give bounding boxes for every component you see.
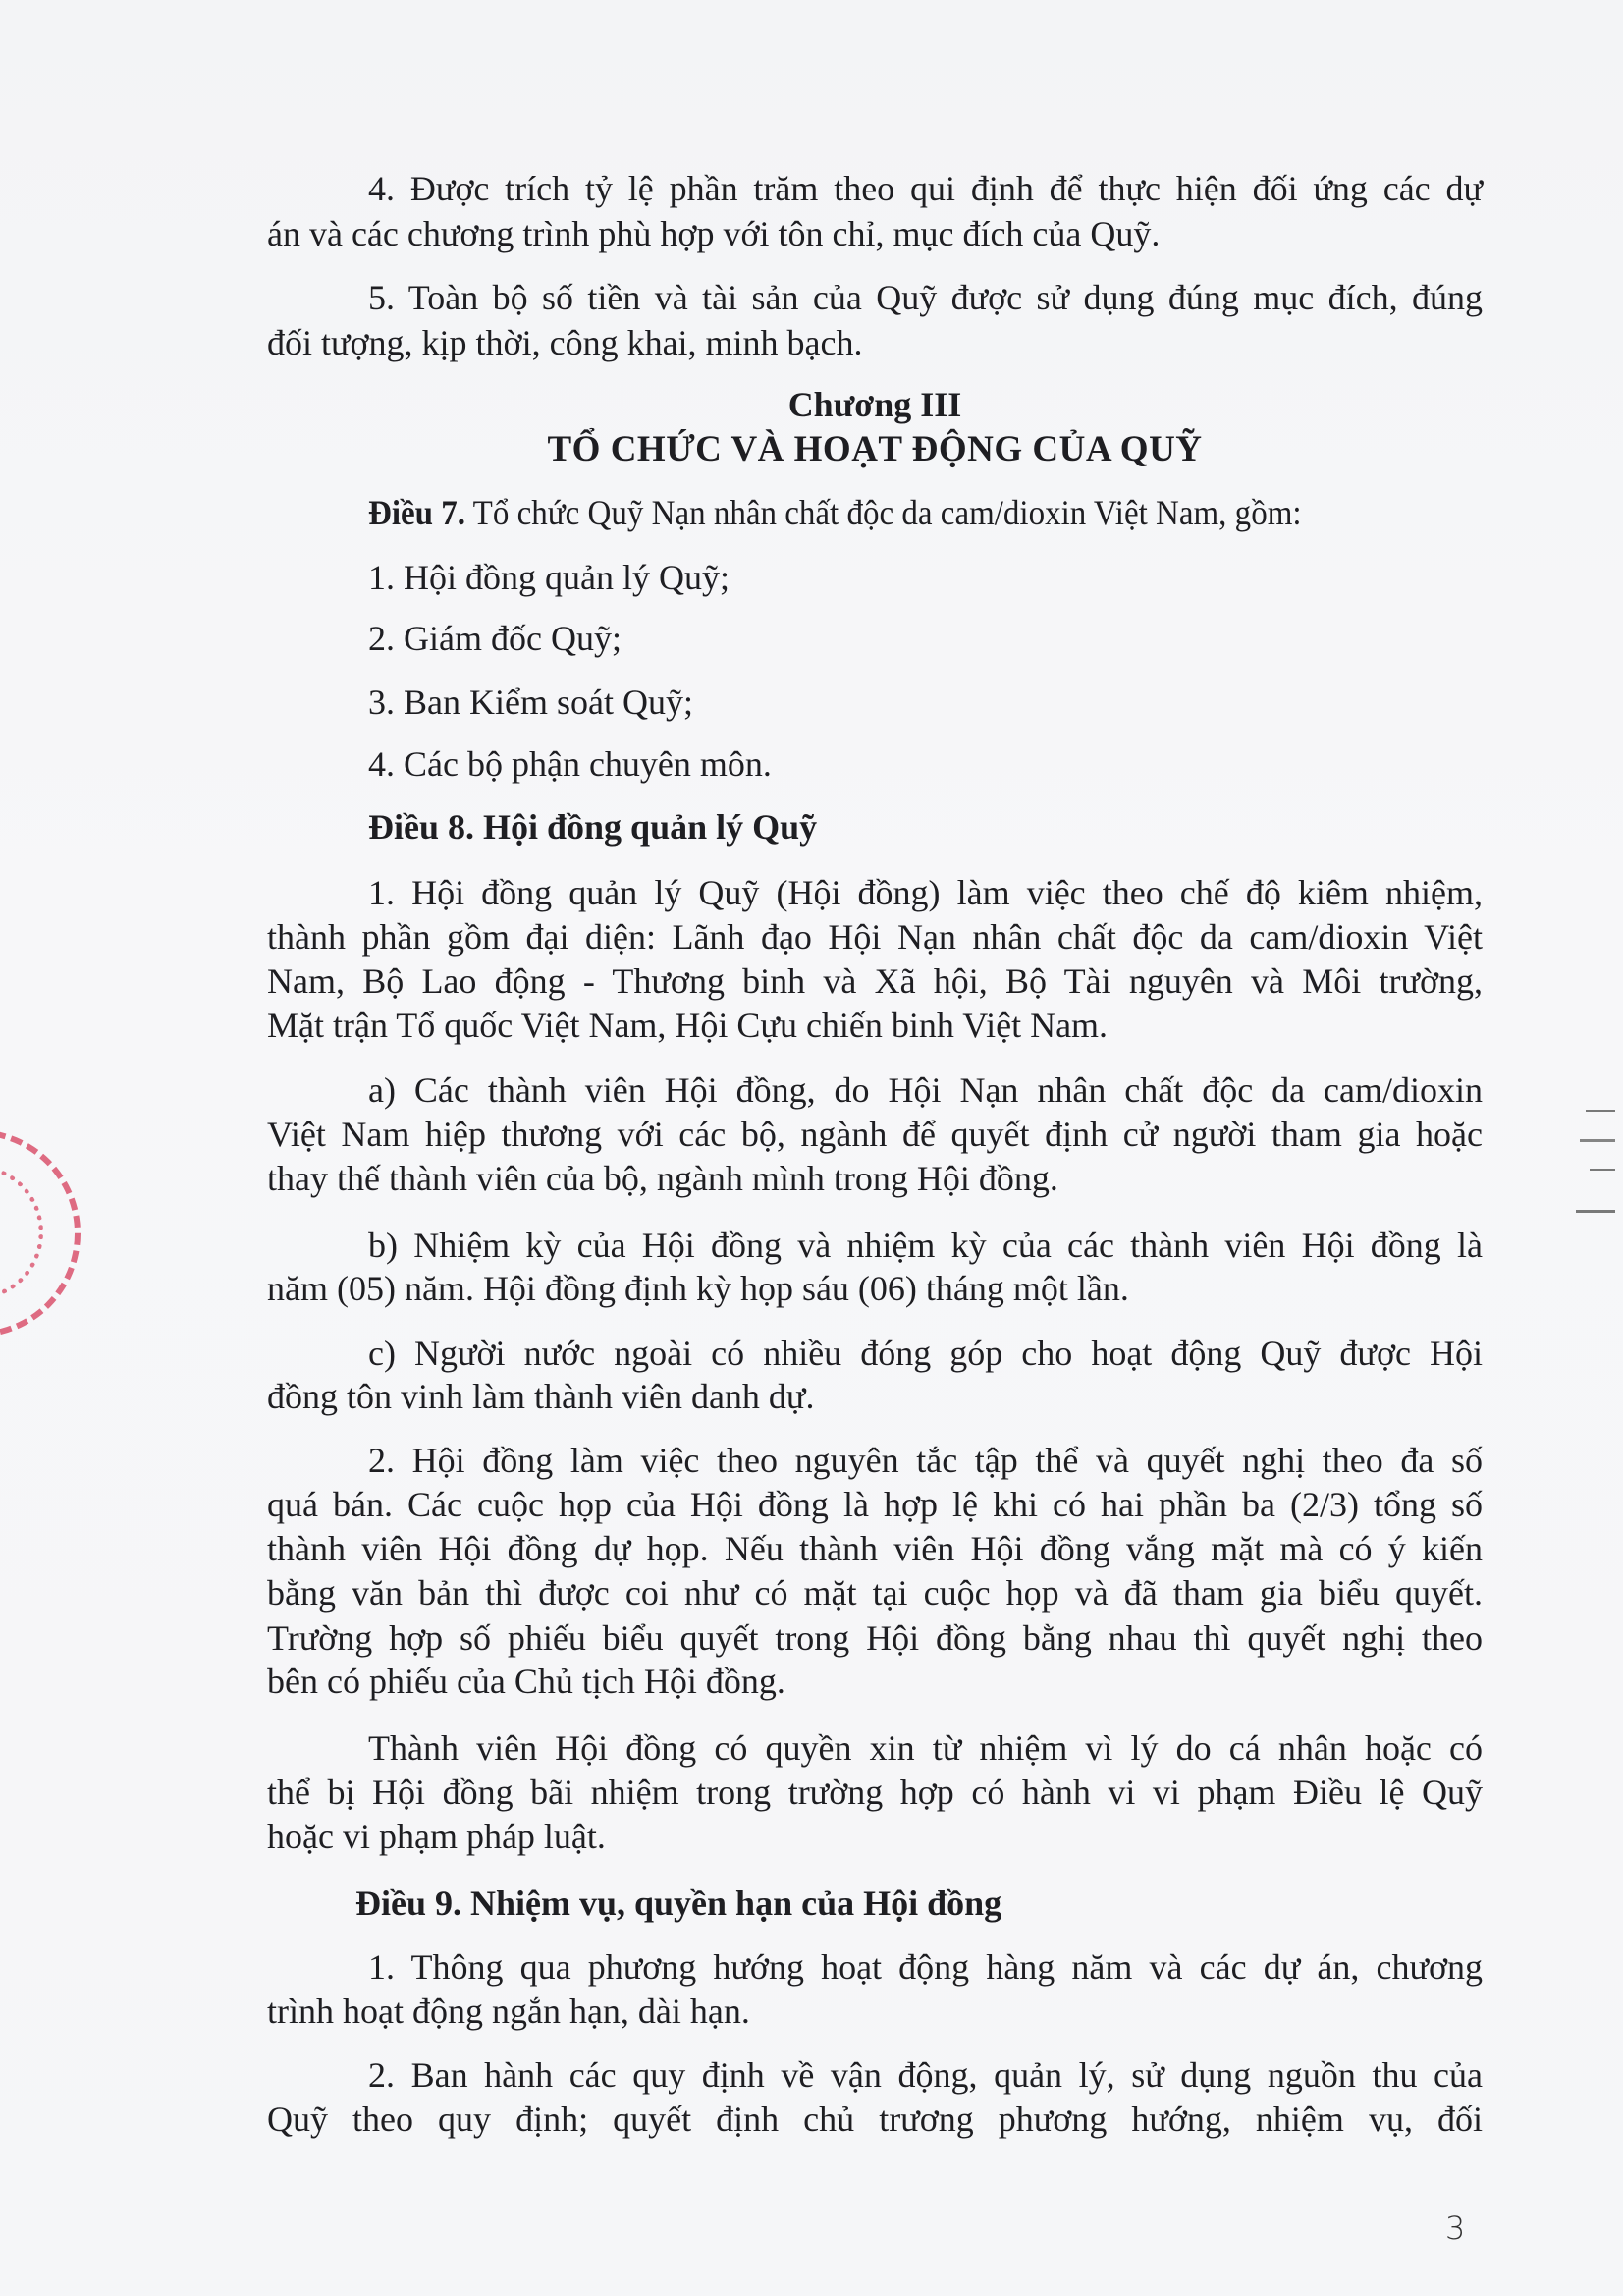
article-8-point-a-line: thay thế thành viên của bộ, ngành mình t…	[267, 1157, 1483, 1200]
paragraph-4-line-2: án và các chương trình phù hợp với tôn c…	[267, 212, 1483, 255]
paragraph-5-line-2: đối tượng, kịp thời, công khai, minh bạc…	[267, 321, 1483, 364]
article-8-point-a-line: a) Các thành viên Hội đồng, do Hội Nạn n…	[368, 1068, 1483, 1112]
document-page: 4. Được trích tỷ lệ phần trăm theo qui đ…	[0, 0, 1623, 2296]
article-8-clause-2-line: Trường hợp số phiếu biểu quyết trong Hội…	[267, 1616, 1483, 1660]
article-8-clause-1-line: Nam, Bộ Lao động - Thương binh và Xã hội…	[267, 959, 1483, 1003]
article-8-clause-1-line: 1. Hội đồng quản lý Quỹ (Hội đồng) làm v…	[368, 871, 1483, 914]
article-7-heading: Điều 7.	[368, 493, 465, 532]
article-9-heading: Điều 9. Nhiệm vụ, quyền hạn của Hội đồng	[355, 1882, 1470, 1925]
members-note-line: Thành viên Hội đồng có quyền xin từ nhiệ…	[368, 1726, 1483, 1770]
article-7-item: 2. Giám đốc Quỹ;	[368, 617, 1483, 660]
article-7-intro: Tổ chức Quỹ Nạn nhân chất độc da cam/dio…	[465, 493, 1302, 532]
article-8-clause-1-line: thành phần gồm đại diện: Lãnh đạo Hội Nạ…	[267, 915, 1483, 958]
page-number: 3	[1445, 2210, 1465, 2247]
article-8-point-a-line: Việt Nam hiệp thương với các bộ, ngành đ…	[267, 1113, 1483, 1156]
article-8-clause-2-line: bằng văn bản thì được coi như có mặt tại…	[267, 1571, 1483, 1614]
article-8-point-b-line: b) Nhiệm kỳ của Hội đồng và nhiệm kỳ của…	[368, 1224, 1483, 1267]
article-9-clause-2-line: 2. Ban hành các quy định về vận động, qu…	[368, 2053, 1483, 2097]
scan-artifacts	[1576, 1041, 1615, 1218]
chapter-title: TỔ CHỨC VÀ HOẠT ĐỘNG CỦA QUỸ	[267, 428, 1483, 471]
article-8-clause-2-line: thành viên Hội đồng dự họp. Nếu thành vi…	[267, 1527, 1483, 1570]
red-seal-stamp	[0, 1129, 81, 1338]
article-9-clause-2-line: Quỹ theo quy định; quyết định chủ trương…	[267, 2098, 1483, 2141]
article-8-point-c-line: đồng tôn vinh làm thành viên danh dự.	[267, 1375, 1483, 1418]
chapter-number: Chương III	[267, 383, 1483, 426]
article-8-clause-2-line: quá bán. Các cuộc họp của Hội đồng là hợ…	[267, 1483, 1483, 1526]
article-8-point-c-line: c) Người nước ngoài có nhiều đóng góp ch…	[368, 1332, 1483, 1375]
article-7-item: 4. Các bộ phận chuyên môn.	[368, 742, 1483, 786]
members-note-line: thể bị Hội đồng bãi nhiệm trong trường h…	[267, 1771, 1483, 1814]
article-7-item: 3. Ban Kiểm soát Quỹ;	[368, 681, 1483, 724]
article-8-clause-1-line: Mặt trận Tổ quốc Việt Nam, Hội Cựu chiến…	[267, 1004, 1483, 1047]
article-9-clause-1-line: 1. Thông qua phương hướng hoạt động hàng…	[368, 1945, 1483, 1989]
article-9-clause-1-line: trình hoạt động ngắn hạn, dài hạn.	[267, 1990, 1483, 2033]
article-8-clause-2-line: 2. Hội đồng làm việc theo nguyên tắc tập…	[368, 1439, 1483, 1482]
article-8-point-b-line: năm (05) năm. Hội đồng định kỳ họp sáu (…	[267, 1267, 1483, 1310]
article-7: Điều 7. Tổ chức Quỹ Nạn nhân chất độc da…	[368, 491, 1483, 534]
article-8-clause-2-line: bên có phiếu của Chủ tịch Hội đồng.	[267, 1660, 1483, 1703]
members-note-line: hoặc vi phạm pháp luật.	[267, 1815, 1483, 1858]
paragraph-5-line-1: 5. Toàn bộ số tiền và tài sản của Quỹ đư…	[368, 276, 1483, 319]
article-7-item: 1. Hội đồng quản lý Quỹ;	[368, 556, 1483, 599]
paragraph-4-line-1: 4. Được trích tỷ lệ phần trăm theo qui đ…	[368, 167, 1483, 210]
article-8-heading: Điều 8. Hội đồng quản lý Quỹ	[368, 805, 1483, 848]
